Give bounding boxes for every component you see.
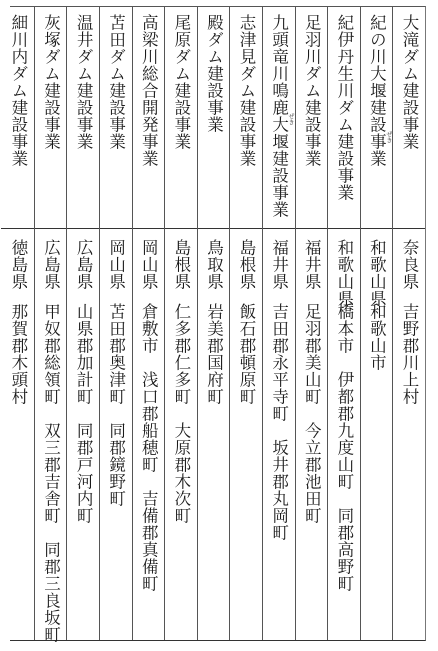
project-name: 足羽川ダム建設事業 [296, 14, 328, 224]
project-name: 灰塚ダム建設事業 [35, 14, 67, 224]
project-name: 紀の川大堰建設事業 [361, 14, 393, 224]
ruby-annotation: ぜき [385, 131, 391, 143]
location: 飯石郡頓原町 [230, 303, 262, 633]
project-name: 尾原ダム建設事業 [165, 14, 197, 224]
table-column: 九頭竜川鳴鹿大堰建設事業 ぜき 福井県 吉田郡永平寺町 坂井郡丸岡町 [262, 7, 295, 640]
row-divider [100, 228, 132, 229]
location: 足羽郡美山町 今立郡池田町 [296, 303, 328, 633]
project-name: 温井ダム建設事業 [67, 14, 99, 224]
project-name: 大滝ダム建設事業 [393, 14, 425, 224]
prefecture: 徳島県 [1, 239, 34, 309]
location: 苫田郡奥津町 同郡鏡野町 [100, 303, 132, 633]
table-column: 志津見ダム建設事業 島根県 飯石郡頓原町 [229, 7, 262, 640]
location: 那賀郡木頭村 [1, 303, 34, 633]
row-divider [328, 228, 360, 229]
table-column: 灰塚ダム建設事業 広島県 甲奴郡総領町 双三郡吉舎町 同郡三良坂町 [34, 7, 67, 640]
row-divider [165, 228, 197, 229]
project-name: 殿ダム建設事業 [198, 14, 230, 224]
location: 吉田郡永平寺町 坂井郡丸岡町 [263, 303, 295, 633]
table-column: 温井ダム建設事業 広島県 山県郡加計町 同郡戸河内町 [66, 7, 99, 640]
row-divider [361, 228, 393, 229]
row-divider [393, 228, 425, 229]
table-column: 殿ダム建設事業 鳥取県 岩美郡国府町 [197, 7, 230, 640]
prefecture: 岡山県 [100, 239, 132, 309]
location: 橋本市 伊都郡九度山町 同郡高野町 [328, 303, 360, 633]
prefecture: 和歌山県 [328, 239, 360, 309]
table-column: 細川内ダム建設事業 徳島県 那賀郡木頭村 [1, 7, 34, 640]
prefecture: 島根県 [165, 239, 197, 309]
table-column: 足羽川ダム建設事業 福井県 足羽郡美山町 今立郡池田町 [295, 7, 328, 640]
table-column: 高梁川総合開発事業 岡山県 倉敷市 浅口郡船穂町 吉備郡真備町 [132, 7, 165, 640]
location: 仁多郡仁多町 大原郡木次町 [165, 303, 197, 633]
project-name: 細川内ダム建設事業 [1, 14, 34, 224]
project-name: 苫田ダム建設事業 [100, 14, 132, 224]
prefecture: 和歌山県 [361, 239, 393, 309]
row-divider [1, 228, 34, 229]
row-divider [296, 228, 328, 229]
prefecture: 福井県 [263, 239, 295, 309]
dam-projects-table: 大滝ダム建設事業 奈良県 吉野郡川上村 紀の川大堰建設事業 ぜき 和歌山県 和歌… [10, 6, 426, 641]
prefecture: 奈良県 [393, 239, 425, 309]
table-column: 尾原ダム建設事業 島根県 仁多郡仁多町 大原郡木次町 [164, 7, 197, 640]
ruby-annotation: ぜき [287, 113, 293, 125]
table-column: 大滝ダム建設事業 奈良県 吉野郡川上村 [392, 7, 425, 640]
prefecture: 岡山県 [133, 239, 165, 309]
row-divider [230, 228, 262, 229]
project-name: 紀伊丹生川ダム建設事業 [328, 14, 360, 224]
prefecture: 広島県 [35, 239, 67, 309]
location: 岩美郡国府町 [198, 303, 230, 633]
location: 甲奴郡総領町 双三郡吉舎町 同郡三良坂町 [35, 303, 67, 633]
location: 和歌山市 [361, 303, 393, 633]
row-divider [263, 228, 295, 229]
location: 倉敷市 浅口郡船穂町 吉備郡真備町 [133, 303, 165, 633]
row-divider [198, 228, 230, 229]
prefecture: 鳥取県 [198, 239, 230, 309]
prefecture: 島根県 [230, 239, 262, 309]
location: 吉野郡川上村 [393, 303, 425, 633]
project-name: 高梁川総合開発事業 [133, 14, 165, 224]
location: 山県郡加計町 同郡戸河内町 [67, 303, 99, 633]
table-column: 紀伊丹生川ダム建設事業 和歌山県 橋本市 伊都郡九度山町 同郡高野町 [327, 7, 360, 640]
table-column: 苫田ダム建設事業 岡山県 苫田郡奥津町 同郡鏡野町 [99, 7, 132, 640]
prefecture: 広島県 [67, 239, 99, 309]
row-divider [133, 228, 165, 229]
table-column: 紀の川大堰建設事業 ぜき 和歌山県 和歌山市 [360, 7, 393, 640]
row-divider [67, 228, 99, 229]
prefecture: 福井県 [296, 239, 328, 309]
project-name: 志津見ダム建設事業 [230, 14, 262, 224]
row-divider [35, 228, 67, 229]
